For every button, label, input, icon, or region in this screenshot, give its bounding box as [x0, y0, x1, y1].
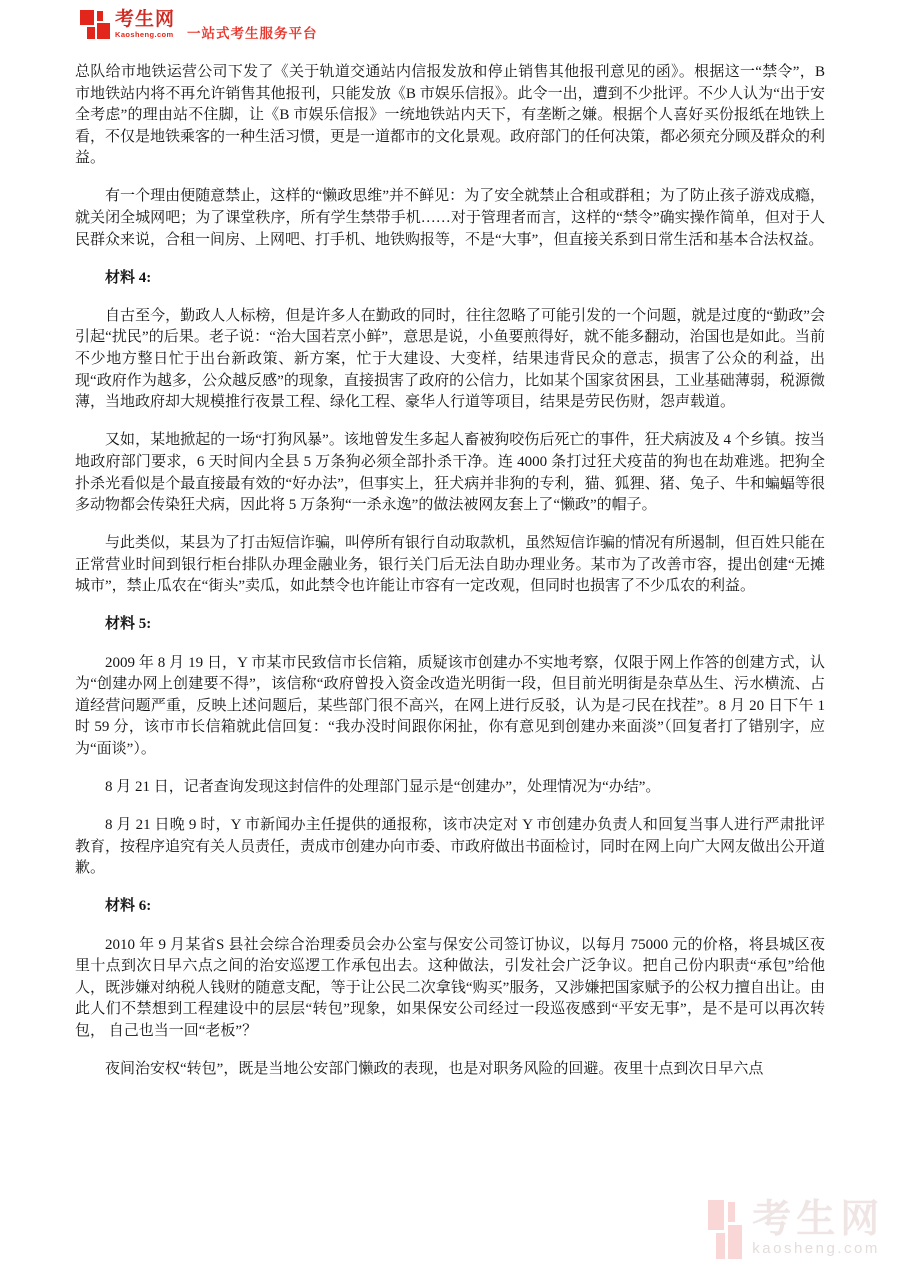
paragraph: 自古至今，勤政人人标榜，但是许多人在勤政的同时，往往忽略了可能引发的一个问题，就…: [75, 306, 825, 414]
watermark-block: [716, 1233, 726, 1259]
document-body: 总队给市地铁运营公司下发了《关于轨道交通站内信报发放和停止销售其他报刊意见的函》…: [75, 62, 825, 1097]
watermark-block: [728, 1202, 735, 1222]
paragraph: 8 月 21 日，记者查询发现这封信件的处理部门显示是“创建办”，处理情况为“办…: [75, 777, 825, 799]
watermark-domain: kaosheng.com: [752, 1240, 880, 1257]
logo-domain: Kaosheng.com: [115, 30, 175, 39]
watermark-text: 考生网 kaosheng.com: [752, 1200, 900, 1258]
paragraph: 2009 年 8 月 19 日，Y 市某市民致信市长信箱，质疑该市创建办不实地考…: [75, 653, 825, 761]
site-tagline: 一站式考生服务平台: [187, 22, 318, 42]
document-page: 考生网 Kaosheng.com 一站式考生服务平台 总队给市地铁运营公司下发了…: [0, 0, 900, 1273]
material-heading: 材料 6:: [75, 896, 825, 918]
paragraph: 与此类似，某县为了打击短信诈骗，叫停所有银行自动取款机，虽然短信诈骗的情况有所遏…: [75, 533, 825, 598]
kaosheng-watermark: 考生网 kaosheng.com: [708, 1200, 900, 1260]
logo-block: [97, 11, 103, 21]
logo-block: [80, 10, 94, 25]
watermark-block: [708, 1200, 724, 1230]
logo-title: 考生网: [115, 10, 175, 30]
kaosheng-watermark-icon: [708, 1200, 742, 1260]
kaosheng-logo-icon: [80, 10, 110, 40]
paragraph: 有一个理由便随意禁止，这样的“懒政思维”并不鲜见：为了安全就禁止合租或群租；为了…: [75, 186, 825, 251]
watermark-title: 考生网: [752, 1198, 884, 1241]
paragraph: 总队给市地铁运营公司下发了《关于轨道交通站内信报发放和停止销售其他报刊意见的函》…: [75, 62, 825, 170]
paragraph: 8 月 21 日晚 9 时，Y 市新闻办主任提供的通报称，该市决定对 Y 市创建…: [75, 815, 825, 880]
logo-block: [87, 27, 95, 40]
paragraph: 2010 年 9 月某省S 县社会综合治理委员会办公室与保安公司签订协议，以每月…: [75, 935, 825, 1043]
material-heading: 材料 4:: [75, 268, 825, 290]
paragraph: 又如，某地掀起的一场“打狗风暴”。该地曾发生多起人畜被狗咬伤后死亡的事件，狂犬病…: [75, 430, 825, 516]
kaosheng-logo: 考生网 Kaosheng.com: [115, 10, 175, 39]
watermark-block: [728, 1225, 743, 1259]
logo-block: [97, 23, 110, 40]
site-header: 考生网 Kaosheng.com 一站式考生服务平台: [80, 10, 318, 42]
paragraph: 夜间治安权“转包”，既是当地公安部门懒政的表现，也是对职务风险的回避。夜里十点到…: [75, 1059, 825, 1081]
material-heading: 材料 5:: [75, 614, 825, 636]
